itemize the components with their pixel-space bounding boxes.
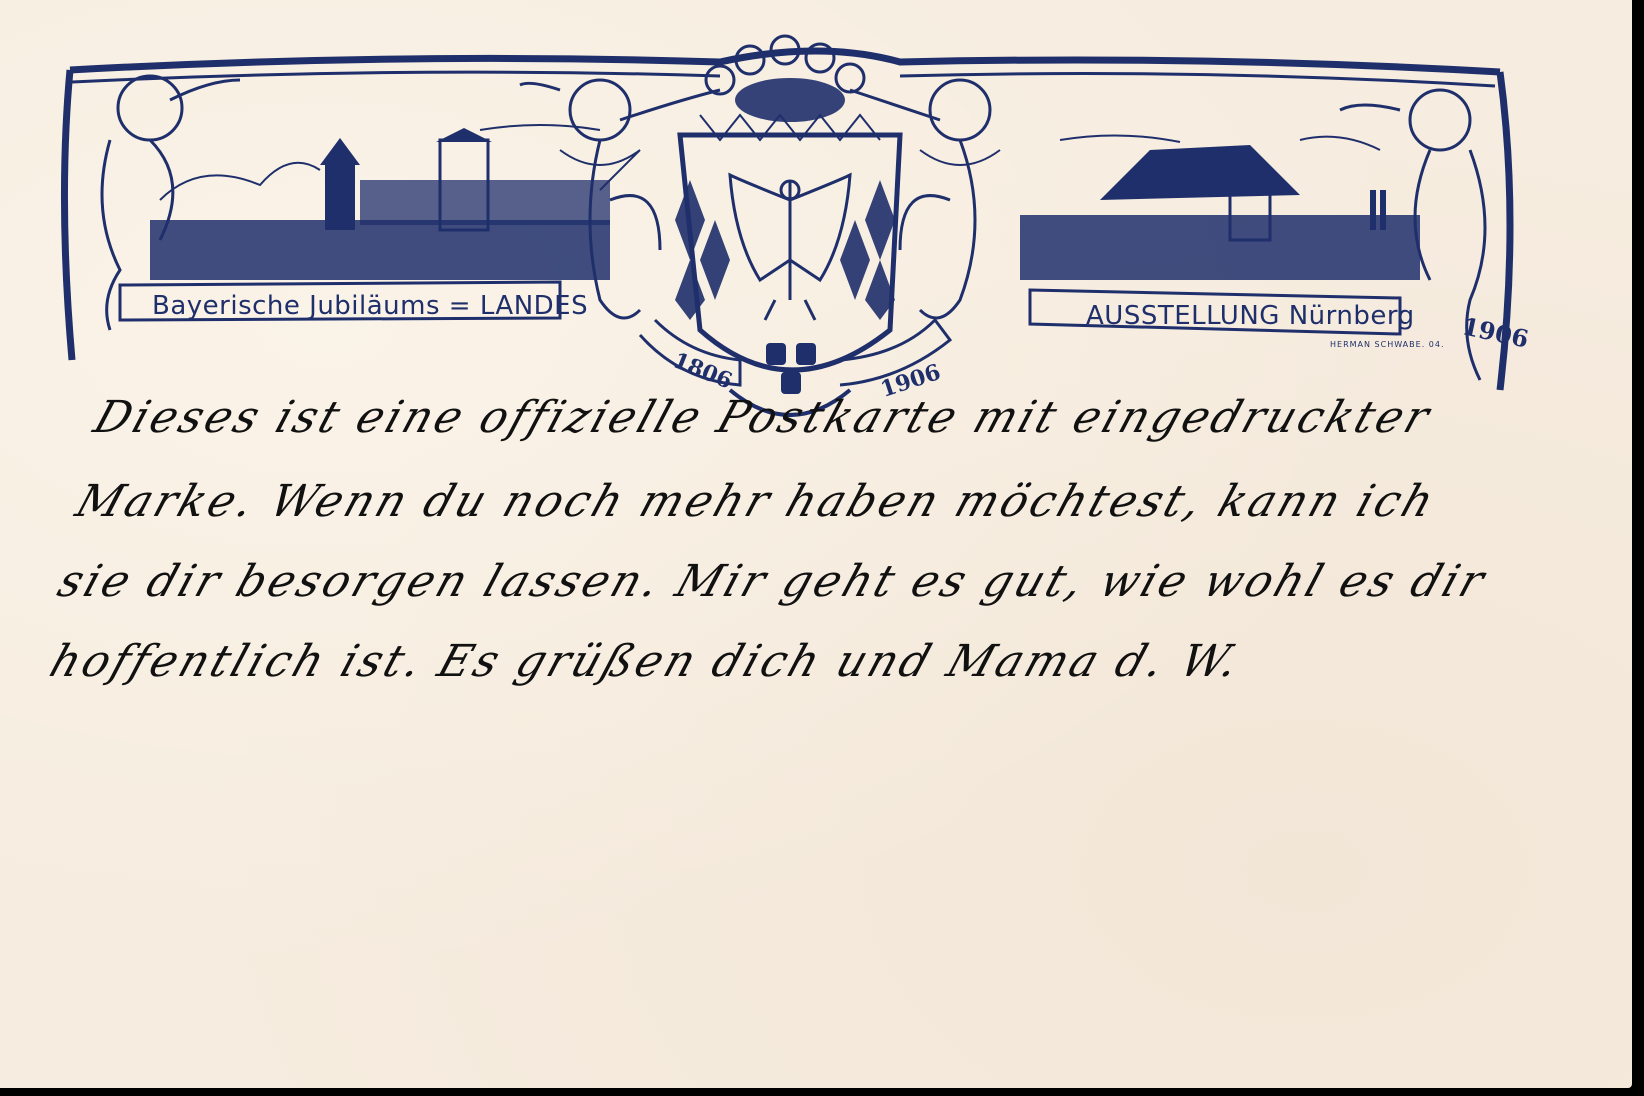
garland-top	[70, 51, 1500, 72]
handwritten-line-1: Dieses ist eine offizielle Postkarte mit…	[88, 392, 1438, 443]
garland-left	[64, 70, 72, 360]
artist-signature: HERMAN SCHWABE. 04.	[1330, 340, 1445, 349]
castle-left	[150, 125, 610, 280]
banner-text-right: AUSSTELLUNG Nürnberg	[1086, 301, 1415, 331]
header-illustration	[0, 0, 1632, 1088]
handwritten-line-2: Marke. Wenn du noch mehr haben möchtest,…	[70, 476, 1443, 527]
postcard: Bayerische Jubiläums = LANDES AUSSTELLUN…	[0, 0, 1632, 1088]
banner-text-left: Bayerische Jubiläums = LANDES	[152, 291, 588, 321]
castle-right	[1020, 135, 1420, 280]
handwritten-line-4: hoffentlich ist. Es grüßen dich und Mama…	[44, 636, 1248, 687]
handwritten-line-3: sie dir besorgen lassen. Mir geht es gut…	[52, 556, 1493, 607]
